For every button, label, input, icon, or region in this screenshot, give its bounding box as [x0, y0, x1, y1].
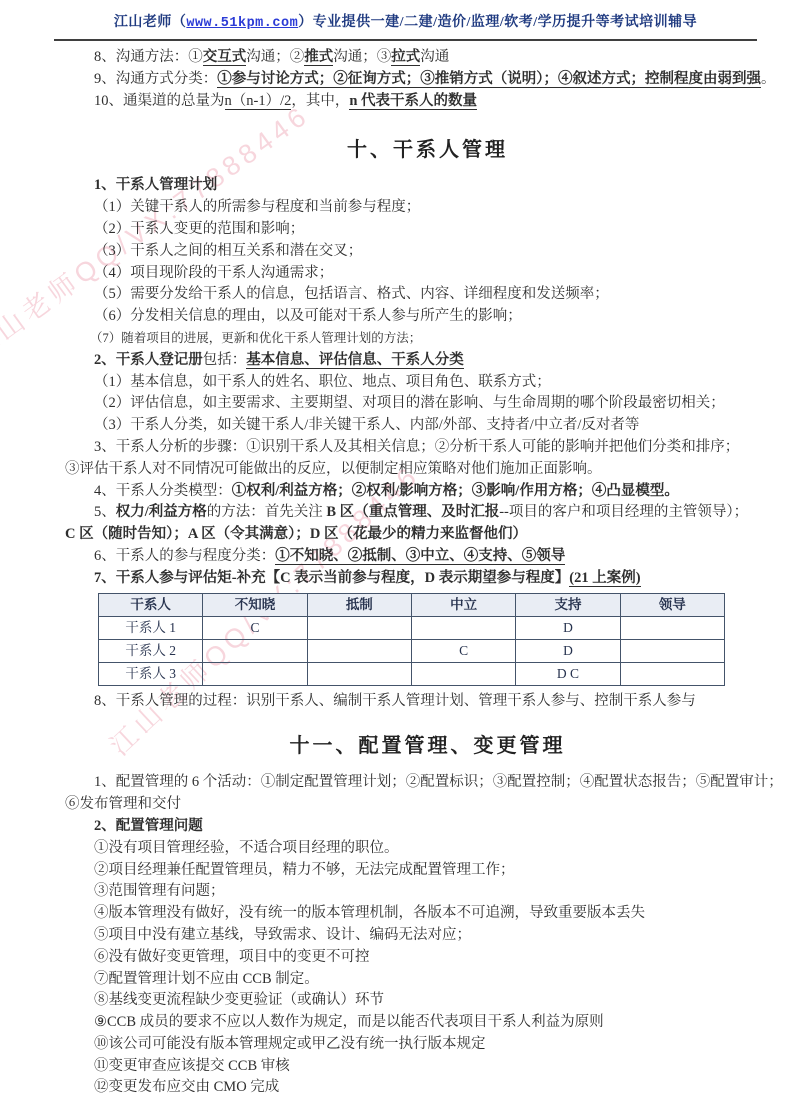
- text-run: ⑨CCB 成员的要求不应以人数作为规定，而是以能否代表项目干系人利益为原则: [94, 1014, 604, 1030]
- text-line: （2）干系人变更的范围和影响；: [65, 219, 790, 241]
- table-header-cell: 不知晓: [203, 593, 307, 616]
- text-run: 基本信息、评估信息、干系人分类: [246, 352, 464, 369]
- text-run: ，其中，: [291, 93, 349, 109]
- text-run: 。: [761, 71, 776, 87]
- text-run: 包括：: [203, 352, 247, 368]
- stakeholder-lines-after-table: 8、干系人管理的过程：识别干系人、编制干系人管理计划、管理干系人参与、控制干系人…: [65, 691, 790, 713]
- text-run: （4）项目现阶段的干系人沟通需求；: [94, 265, 333, 281]
- header-site-link[interactable]: www.51kpm.com: [186, 16, 298, 31]
- text-line: ①没有项目管理经验，不适合项目经理的职位。: [65, 838, 790, 860]
- table-cell: [307, 616, 411, 639]
- text-run: （1）基本信息，如干系人的姓名、职位、地点、项目角色、联系方式；: [94, 374, 551, 390]
- text-run: 2、配置管理问题: [94, 818, 203, 834]
- text-line: 4、干系人分类模型：①权利/利益方格；②权利/影响方格；③影响/作用方格；④凸显…: [65, 481, 790, 503]
- text-run: 3、干系人分析的步骤：①识别干系人及其相关信息；②分析干系人可能的影响并把他们分…: [94, 439, 739, 455]
- text-run: 5、: [94, 504, 116, 520]
- table-header-cell: 领导: [620, 593, 724, 616]
- text-run: (21 上案例): [569, 570, 640, 587]
- text-run: ④版本管理没有做好，没有统一的版本管理机制，各版本不可追溯，导致重要版本丢失: [94, 905, 645, 921]
- text-line: 8、沟通方法：①交互式沟通；②推式沟通；③拉式沟通: [65, 47, 790, 69]
- text-run: 交互式: [203, 49, 247, 66]
- text-line: 9、沟通方式分类：①参与讨论方式；②征询方式；③推销方式（说明）；④叙述方式；控…: [65, 69, 790, 91]
- text-line: ⑧基线变更流程缺少变更验证（或确认）环节: [65, 990, 790, 1012]
- text-line: （1）基本信息，如干系人的姓名、职位、地点、项目角色、联系方式；: [65, 372, 790, 394]
- table-cell: [620, 616, 724, 639]
- text-run: ⑤项目中没有建立基线，导致需求、设计、编码无法对应；: [94, 927, 471, 943]
- table-cell: D: [516, 616, 620, 639]
- table-cell: [411, 616, 515, 639]
- text-run: ⑩该公司可能没有版本管理规定或甲乙没有统一执行版本规定: [94, 1036, 486, 1052]
- text-line: （5）需要分发给干系人的信息，包括语言、格式、内容、详细程度和发送频率；: [65, 284, 790, 306]
- text-line: 7、干系人参与评估矩-补充【C 表示当前参与程度，D 表示期望参与程度】(21 …: [65, 568, 790, 590]
- table-header-cell: 抵制: [307, 593, 411, 616]
- text-line: ⑥没有做好变更管理，项目中的变更不可控: [65, 947, 790, 969]
- text-line: 10、通渠道的总量为n（n-1）/2，其中，n 代表干系人的数量: [65, 91, 790, 113]
- text-line: 8、干系人管理的过程：识别干系人、编制干系人管理计划、管理干系人参与、控制干系人…: [65, 691, 790, 713]
- section-title-stakeholder-management: 十、干系人管理: [65, 137, 790, 163]
- table-cell: [203, 639, 307, 662]
- table-header-cell: 支持: [516, 593, 620, 616]
- text-run: B 区（重点管理、及时汇报: [326, 504, 499, 520]
- table-cell: C: [203, 616, 307, 639]
- text-run: ③范围管理有问题；: [94, 883, 225, 899]
- text-run: 沟通；②: [246, 49, 304, 65]
- table-cell: 干系人 2: [99, 639, 203, 662]
- text-run: 2、干系人登记册: [94, 352, 203, 368]
- text-line: ⑦配置管理计划不应由 CCB 制定。: [65, 969, 790, 991]
- text-line: （3）干系人之间的相互关系和潜在交叉；: [65, 241, 790, 263]
- table-cell: D: [516, 639, 620, 662]
- text-line: ⑫变更发布应交由 CMO 完成: [65, 1077, 790, 1094]
- text-run: ②项目经理兼任配置管理员，精力不够，无法完成配置管理工作；: [94, 862, 515, 878]
- text-run: 1、配置管理的 6 个活动：①制定配置管理计划；②配置标识；③配置控制；④配置状…: [65, 774, 783, 812]
- text-line: ④版本管理没有做好，没有统一的版本管理机制，各版本不可追溯，导致重要版本丢失: [65, 903, 790, 925]
- text-run: ③评估干系人对不同情况可能做出的反应，以便制定相应策略对他们施加正面影响。: [65, 461, 602, 477]
- text-run: （6）分发相关信息的理由，以及可能对干系人参与所产生的影响；: [94, 308, 522, 324]
- text-run: ①参与讨论方式；②征询方式；③推销方式（说明）；④叙述方式；控制程度由弱到强: [217, 71, 761, 88]
- stakeholder-engagement-matrix-table: 干系人不知晓抵制中立支持领导 干系人 1CD干系人 2CD干系人 3D C: [98, 593, 725, 686]
- text-run: 权力/利益方格: [116, 504, 207, 520]
- text-run: （1）关键干系人的所需参与程度和当前参与程度；: [94, 199, 420, 215]
- header-brand-suffix: ）专业提供一建/二建/造价/监理/软考/学历提升等考试培训辅导: [298, 15, 697, 30]
- table-row: 干系人 1CD: [99, 616, 725, 639]
- text-line: ⑨CCB 成员的要求不应以人数作为规定，而是以能否代表项目干系人利益为原则: [65, 1012, 790, 1034]
- text-run: 1、干系人管理计划: [94, 177, 217, 193]
- text-line: ②项目经理兼任配置管理员，精力不够，无法完成配置管理工作；: [65, 860, 790, 882]
- text-run: 4、干系人分类模型：: [94, 483, 232, 499]
- table-cell: [411, 662, 515, 685]
- text-run: ⑦配置管理计划不应由 CCB 制定。: [94, 971, 319, 987]
- text-run: ⑫变更发布应交由 CMO 完成: [94, 1079, 279, 1094]
- text-run: ①权利/利益方格；②权利/影响方格；③影响/作用方格；④凸显模型。: [232, 483, 679, 499]
- text-run: 沟通；③: [333, 49, 391, 65]
- communication-notes-lines: 8、沟通方法：①交互式沟通；②推式沟通；③拉式沟通9、沟通方式分类：①参与讨论方…: [65, 47, 790, 112]
- text-run: 6、干系人的参与程度分类：: [94, 548, 275, 564]
- text-run: --项目的客户和项目经理的主管领导）；: [499, 504, 748, 520]
- section-title-configuration-change-management: 十一、配置管理、变更管理: [65, 733, 790, 759]
- document-page: 江山老师QQ/VX:77888446 江山老师QQ/VX:77888446 江山…: [0, 0, 811, 1094]
- text-run: 的方法：首先关注: [207, 504, 327, 520]
- table-header-cell: 干系人: [99, 593, 203, 616]
- text-line: 2、干系人登记册包括：基本信息、评估信息、干系人分类: [65, 350, 790, 372]
- text-line: C 区（随时告知）；A 区（令其满意）；D 区（花最少的精力来监督他们）: [65, 524, 790, 546]
- text-run: （2）评估信息，如主要需求、主要期望、对项目的潜在影响、与生命周期的哪个阶段最密…: [94, 395, 725, 411]
- page-header: 江山老师（www.51kpm.com）专业提供一建/二建/造价/监理/软考/学历…: [0, 0, 811, 34]
- table-cell: [620, 662, 724, 685]
- text-line: 1、配置管理的 6 个活动：①制定配置管理计划；②配置标识；③配置控制；④配置状…: [65, 772, 790, 816]
- table-cell: 干系人 1: [99, 616, 203, 639]
- table-cell: [307, 662, 411, 685]
- text-line: （2）评估信息，如主要需求、主要期望、对项目的潜在影响、与生命周期的哪个阶段最密…: [65, 393, 790, 415]
- text-line: ⑪变更审查应该提交 CCB 审核: [65, 1056, 790, 1078]
- text-run: （3）干系人分类，如关键干系人/非关键干系人、内部/外部、支持者/中立者/反对者…: [94, 417, 639, 433]
- table-row: 干系人 2CD: [99, 639, 725, 662]
- text-line: 1、干系人管理计划: [65, 175, 790, 197]
- table-cell: [203, 662, 307, 685]
- text-line: ③范围管理有问题；: [65, 881, 790, 903]
- text-run: （2）干系人变更的范围和影响；: [94, 221, 304, 237]
- text-run: 7、干系人参与评估矩-补充【C 表示当前参与程度，D 表示期望参与程度】: [94, 570, 569, 586]
- text-line: ③评估干系人对不同情况可能做出的反应，以便制定相应策略对他们施加正面影响。: [65, 459, 790, 481]
- table-header-cell: 中立: [411, 593, 515, 616]
- text-run: n 代表干系人的数量: [349, 93, 477, 110]
- text-line: ⑩该公司可能没有版本管理规定或甲乙没有统一执行版本规定: [65, 1034, 790, 1056]
- text-run: 9、沟通方式分类：: [94, 71, 217, 87]
- table-row: 干系人 3D C: [99, 662, 725, 685]
- text-run: ⑧基线变更流程缺少变更验证（或确认）环节: [94, 992, 384, 1008]
- text-line: （3）干系人分类，如关键干系人/非关键干系人、内部/外部、支持者/中立者/反对者…: [65, 415, 790, 437]
- text-run: （7）随着项目的进展，更新和优化干系人管理计划的方法；: [90, 331, 421, 345]
- table-header-row: 干系人不知晓抵制中立支持领导: [99, 593, 725, 616]
- text-run: 推式: [304, 49, 333, 66]
- configuration-management-lines: 1、配置管理的 6 个活动：①制定配置管理计划；②配置标识；③配置控制；④配置状…: [65, 772, 790, 1094]
- text-run: 沟通: [420, 49, 449, 65]
- document-content: 8、沟通方法：①交互式沟通；②推式沟通；③拉式沟通9、沟通方式分类：①参与讨论方…: [0, 41, 811, 1094]
- text-line: 6、干系人的参与程度分类：①不知晓、②抵制、③中立、④支持、⑤领导: [65, 546, 790, 568]
- text-run: （3）干系人之间的相互关系和潜在交叉；: [94, 243, 362, 259]
- text-line: 5、权力/利益方格的方法：首先关注 B 区（重点管理、及时汇报--项目的客户和项…: [65, 502, 790, 524]
- header-brand-prefix: 江山老师（: [114, 15, 187, 30]
- text-run: n（n-1）/2: [225, 93, 292, 110]
- table-cell: 干系人 3: [99, 662, 203, 685]
- text-run: （5）需要分发给干系人的信息，包括语言、格式、内容、详细程度和发送频率；: [94, 286, 609, 302]
- text-run: C 区（随时告知）；A 区（令其满意）；D 区（花最少的精力来监督他们）: [65, 526, 527, 542]
- text-line: （4）项目现阶段的干系人沟通需求；: [65, 263, 790, 285]
- text-line: （6）分发相关信息的理由，以及可能对干系人参与所产生的影响；: [65, 306, 790, 328]
- text-line: 2、配置管理问题: [65, 816, 790, 838]
- table-cell: D C: [516, 662, 620, 685]
- text-run: ⑥没有做好变更管理，项目中的变更不可控: [94, 949, 370, 965]
- text-run: ①没有项目管理经验，不适合项目经理的职位。: [94, 840, 399, 856]
- table-cell: C: [411, 639, 515, 662]
- text-line: 3、干系人分析的步骤：①识别干系人及其相关信息；②分析干系人可能的影响并把他们分…: [65, 437, 790, 459]
- text-run: ①不知晓、②抵制、③中立、④支持、⑤领导: [275, 548, 565, 565]
- text-run: ⑪变更审查应该提交 CCB 审核: [94, 1058, 290, 1074]
- text-run: 8、干系人管理的过程：识别干系人、编制干系人管理计划、管理干系人参与、控制干系人…: [94, 693, 696, 709]
- table-cell: [307, 639, 411, 662]
- text-line: （1）关键干系人的所需参与程度和当前参与程度；: [65, 197, 790, 219]
- text-run: 8、沟通方法：①: [94, 49, 203, 65]
- text-run: 拉式: [391, 49, 420, 66]
- stakeholder-lines-before-table: 1、干系人管理计划（1）关键干系人的所需参与程度和当前参与程度；（2）干系人变更…: [65, 175, 790, 589]
- text-run: 10、通渠道的总量为: [94, 93, 225, 109]
- table-cell: [620, 639, 724, 662]
- text-line: （7）随着项目的进展，更新和优化干系人管理计划的方法；: [65, 328, 790, 350]
- text-line: ⑤项目中没有建立基线，导致需求、设计、编码无法对应；: [65, 925, 790, 947]
